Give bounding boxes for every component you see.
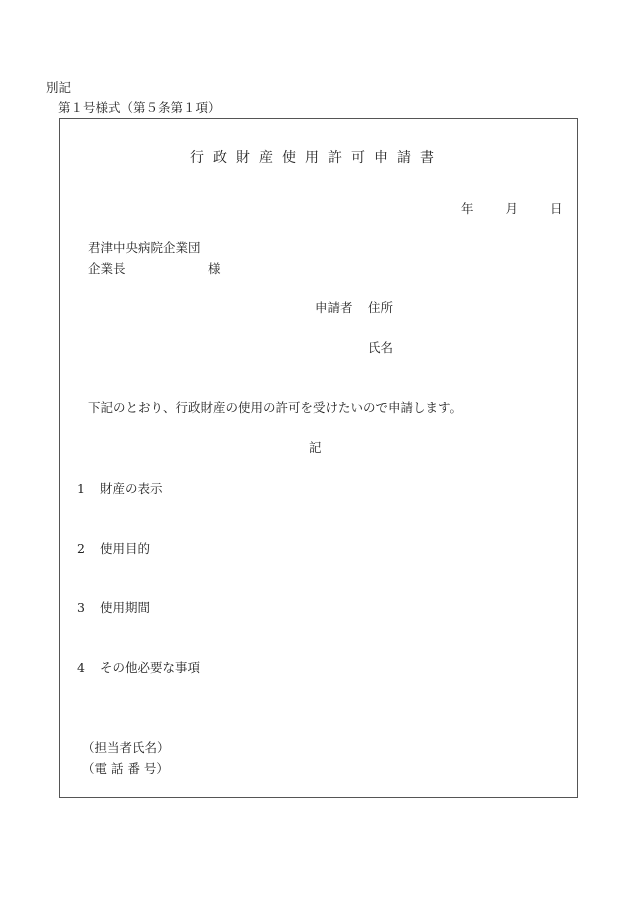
recipient-position: 企業長 [88,263,126,276]
item-4-number: 4 [77,662,85,675]
contact-phone-label: （電 話 番 号） [82,763,169,776]
item-4-label: その他必要な事項 [100,662,200,675]
applicant-label: 申請者 [315,302,353,315]
attachment-label: 別記 [46,82,71,95]
date-month-label: 月 [506,203,519,216]
item-1-label: 財産の表示 [100,483,163,496]
recipient-organization: 君津中央病院企業団 [88,242,201,255]
item-3-label: 使用期間 [100,602,150,615]
ki-heading: 記 [309,442,322,455]
applicant-name-label: 氏名 [368,342,393,355]
date-field: 年 月 日 [461,203,563,216]
date-year-label: 年 [461,203,474,216]
application-form-frame [59,118,578,798]
applicant-address-label: 住所 [368,302,393,315]
form-title: 行政財産使用許可申請書 [190,151,443,165]
item-2-number: 2 [77,543,85,556]
item-3-number: 3 [77,602,85,615]
item-2-label: 使用目的 [100,543,150,556]
form-number: 第１号様式（第５条第１項） [58,102,221,115]
item-1-number: 1 [77,483,85,496]
body-text: 下記のとおり、行政財産の使用の許可を受けたいので申請します。 [88,402,462,415]
date-day-label: 日 [550,203,563,216]
recipient-honorific: 様 [208,263,221,276]
contact-person-label: （担当者氏名） [82,742,170,755]
